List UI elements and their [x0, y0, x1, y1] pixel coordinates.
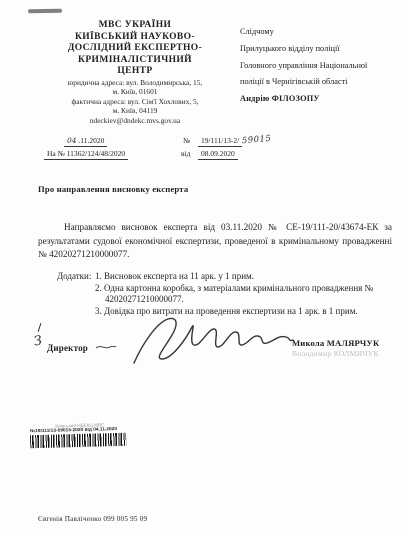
reply-reference-number: На № 11362/124/48/2020: [44, 149, 128, 160]
registration-barcode-sticker: Київський НДЕКЦ МВС №19/111/13-59015-202…: [30, 422, 131, 449]
outgoing-number-handwritten: 59015: [242, 134, 272, 147]
recipient-line: поліції в Чернігівській області: [240, 74, 408, 91]
reply-date: 08.09.2020: [198, 149, 238, 158]
sender-address-line: м. Київ, 04119: [36, 106, 234, 116]
scan-artifact-mark: [28, 9, 62, 14]
attachment-item: 1. Висновок експерта на 11 арк. у 1 прим…: [95, 271, 395, 283]
sender-org-line: КРИМІНАЛІСТИЧНИЙ: [36, 55, 234, 67]
sender-address-line: юридична адреса: вул. Володимирська, 15,: [36, 78, 234, 88]
sender-letterhead: МВС УКРАЇНИКИЇВСЬКИЙ НАУКОВО-ДОСЛІДНИЙ Е…: [36, 20, 234, 125]
subject-line: Про направлення висновку експерта: [38, 184, 188, 194]
sender-org-line: КИЇВСЬКИЙ НАУКОВО-: [36, 32, 234, 44]
sender-org-line: ДОСЛІДНИЙ ЕКСПЕРТНО-: [36, 43, 234, 55]
signature: [128, 315, 298, 367]
handwritten-prefix: З: [33, 333, 44, 349]
outgoing-date-day-handwritten: 04: [67, 136, 77, 145]
signer-ghost-name: Володимир КОЛМИЧУК: [292, 349, 379, 358]
executor-contact: Євгенія Павліченко 099 005 95 09: [38, 515, 147, 523]
reply-reference: На № 11362/124/48/2020: [44, 149, 128, 158]
reply-date-value: 08.09.2020: [198, 149, 238, 160]
outgoing-date: 04 .11.2020: [64, 136, 107, 145]
recipient-lines: СлідчомуПрилуцького відділу поліціїГолов…: [240, 24, 408, 91]
sender-org-line: МВС УКРАЇНИ: [36, 20, 234, 32]
sender-org-name: МВС УКРАЇНИКИЇВСЬКИЙ НАУКОВО-ДОСЛІДНИЙ Е…: [36, 20, 234, 78]
sender-address-line: ndeckiev@dndekc.mvs.gov.ua: [36, 116, 234, 126]
outgoing-number-printed: 19/111/13-2/: [198, 136, 242, 147]
scanned-letter-page: МВС УКРАЇНИКИЇВСЬКИЙ НАУКОВО-ДОСЛІДНИЙ Е…: [0, 0, 408, 535]
outgoing-number: 19/111/13-2/59015: [198, 136, 272, 146]
recipient-name: Андрію ФІЛОЗОПУ: [240, 91, 408, 108]
recipient-line: Прилуцького відділу поліції: [240, 41, 408, 58]
sender-address-line: фактична адреса: вул. Сім'ї Хохлових, 5,: [36, 97, 234, 107]
recipient-line: Слідчому: [240, 24, 408, 41]
signer-title: Директор: [47, 343, 88, 353]
signer-name: Микола МАЛЯРЧУК: [292, 338, 379, 348]
reply-from-label: від: [181, 149, 190, 158]
attachments-list: 1. Висновок експерта на 11 арк. у 1 прим…: [95, 271, 395, 317]
recipient-line: Головного управління Національної: [240, 58, 408, 75]
body-paragraph: Направляємо висновок експерта від 03.11.…: [38, 221, 392, 262]
handwritten-tail-stroke: [95, 342, 117, 352]
barcode: [30, 433, 126, 449]
handwritten-slash-mark: [38, 323, 42, 332]
sender-org-line: ЦЕНТР: [36, 66, 234, 78]
recipient-block: СлідчомуПрилуцького відділу поліціїГолов…: [240, 24, 408, 108]
sender-address-block: юридична адреса: вул. Володимирська, 15,…: [36, 78, 234, 126]
outgoing-date-rest: .11.2020: [78, 136, 104, 145]
sender-address-line: м. Київ, 01601: [36, 87, 234, 97]
attachment-item: 2. Одна картонна коробка, з матеріалами …: [95, 283, 395, 306]
number-sign: №: [183, 136, 190, 145]
attachments-label: Додатки:: [57, 271, 91, 281]
